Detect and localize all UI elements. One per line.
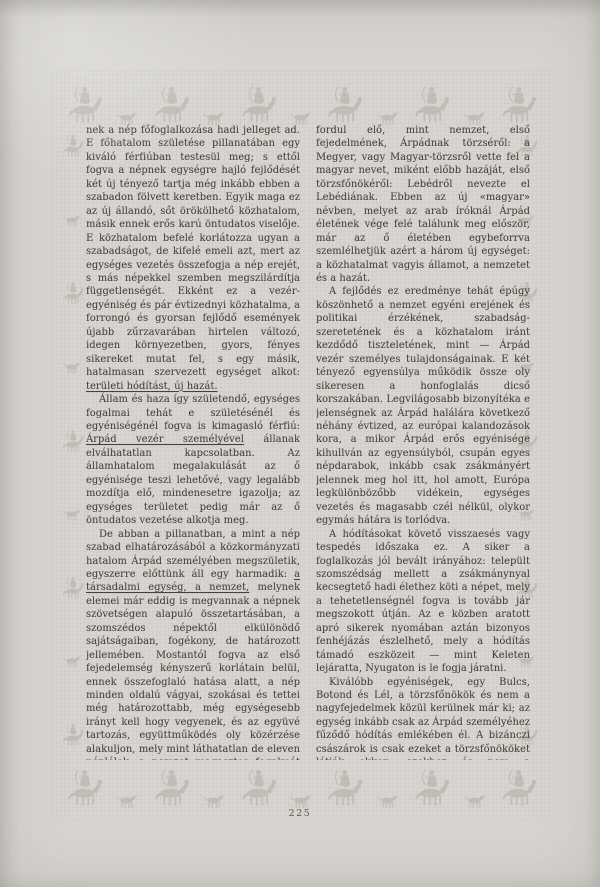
text-segment: fordul elő, mint nemzet, első fejedelmén… [316,125,530,284]
text-segment: nek a nép főfoglalkozása hadi jelleget a… [86,125,300,378]
running-beast-icon [61,212,83,227]
horseman-archer-icon [409,765,453,809]
paragraph: De abban a pillanatban, a mint a nép sza… [86,528,300,760]
horseman-archer-icon [236,82,280,126]
text-segment: állanak elválhatatlan kapcsolatban. Az á… [86,434,300,526]
horseman-archer-icon [59,574,86,601]
horseman-archer-icon [59,132,86,159]
running-beast-icon [61,359,83,374]
paragraph: A fejlődés ez eredménye tehát épúgy kösz… [316,285,530,527]
paragraph: Állam és haza így születendő, egységes f… [86,393,300,528]
text-segment: Kiválóbb egyéniségek, egy Bulcs, Botond … [316,677,530,760]
horseman-archer-icon [409,82,453,126]
text-column-left: nek a nép főfoglalkozása hadi jelleget a… [86,124,300,760]
text-segment: De abban a pillanatban, a mint a nép sza… [86,529,300,580]
page-number: 225 [0,808,600,819]
horseman-archer-icon [149,765,193,809]
horseman-archer-icon [59,279,86,306]
horseman-archer-icon [59,427,86,454]
running-beast-icon [61,653,83,668]
text-column-right: fordul elő, mint nemzet, első fejedelmén… [316,124,530,760]
paragraph: fordul elő, mint nemzet, első fejedelmén… [316,124,530,285]
horseman-archer-icon [496,82,540,126]
horseman-archer-icon [322,82,366,126]
paragraph: Kiválóbb egyéniségek, egy Bulcs, Botond … [316,676,530,760]
horseman-archer-icon [322,765,366,809]
horsemen-frieze-left [54,132,90,748]
paragraph: A hódításokat követő visszaesés vagy tes… [316,528,530,676]
running-beast-icon [61,506,83,521]
text-segment: melynek elemei már eddig is megvannak a … [86,582,300,760]
horseman-archer-icon [59,721,86,748]
horseman-archer-icon [62,765,106,809]
underlined-phrase: Árpád vezér személyével [86,434,244,445]
underlined-phrase: területi hódítást, új hazát. [86,381,218,392]
horsemen-frieze-bottom [58,757,544,809]
running-beast-icon [375,791,401,809]
paragraph: nek a nép főfoglalkozása hadi jelleget a… [86,124,300,393]
horseman-archer-icon [149,82,193,126]
running-beast-icon [201,791,227,809]
horseman-archer-icon [236,765,280,809]
text-segment: A hódításokat követő visszaesés vagy tes… [316,529,530,675]
horseman-archer-icon [62,82,106,126]
running-beast-icon [288,791,314,809]
horseman-archer-icon [496,765,540,809]
text-columns: nek a nép főfoglalkozása hadi jelleget a… [86,124,530,760]
running-beast-icon [462,791,488,809]
text-segment: A fejlődés ez eredménye tehát épúgy kösz… [316,286,530,526]
text-segment: Állam és haza így születendő, egységes f… [86,394,300,432]
horsemen-frieze-top [58,74,544,126]
running-beast-icon [114,791,140,809]
book-page: nek a nép főfoglalkozása hadi jelleget a… [0,0,600,887]
